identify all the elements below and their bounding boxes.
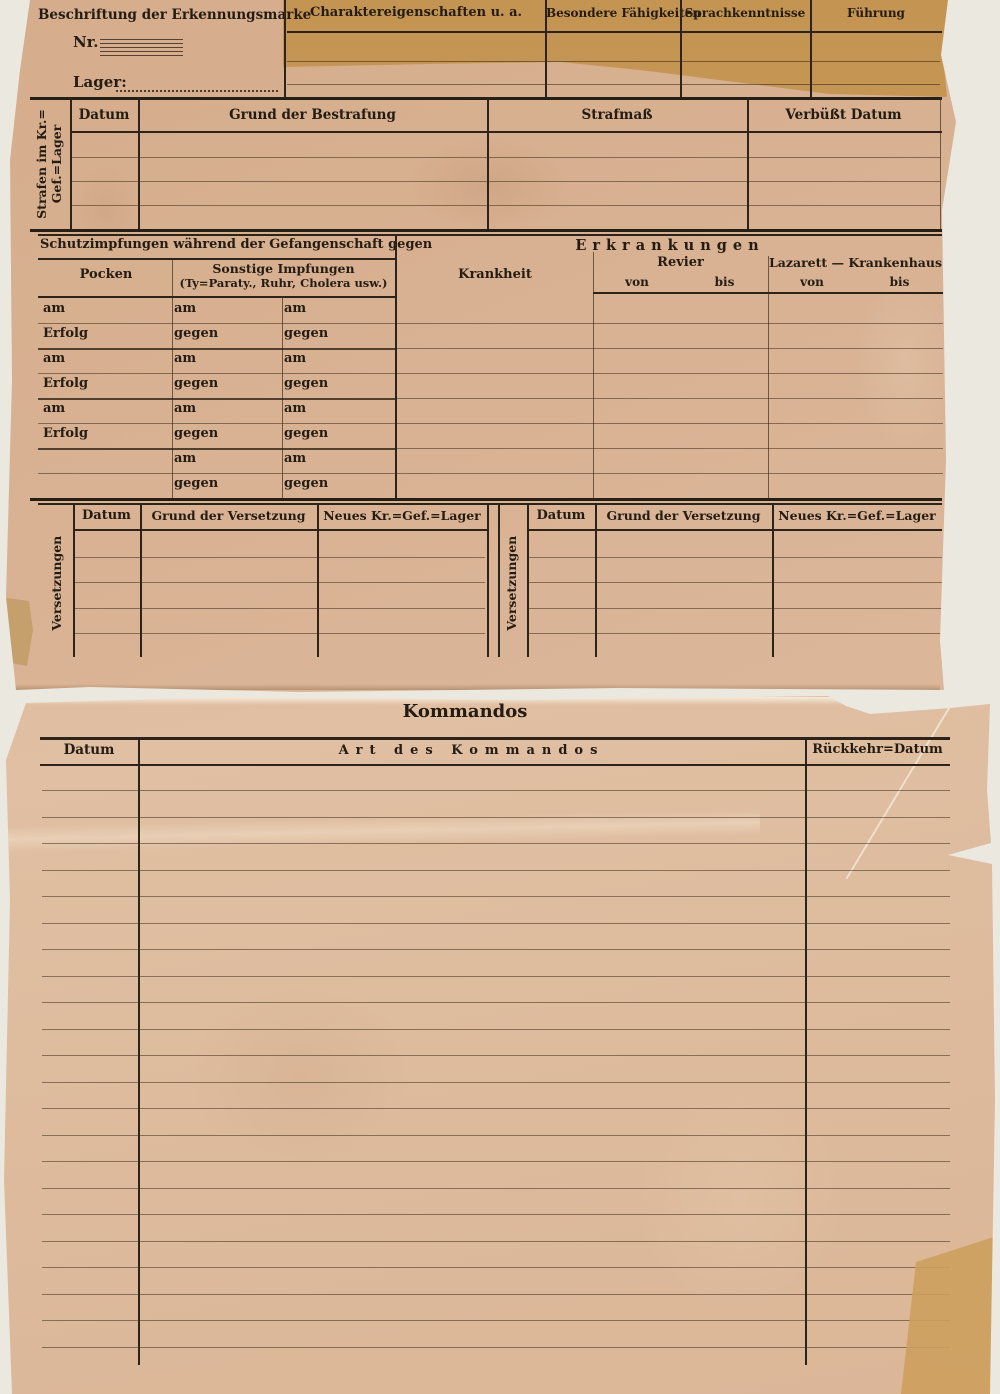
col-art-des-kommandos: Art des Kommandos [138, 744, 805, 759]
vaccination-field-label: am [174, 451, 196, 466]
punishments-side-label-line1: Strafen im Kr.= [34, 109, 49, 219]
transfers-left-blank-rows [75, 531, 485, 655]
col-datum: Datum [73, 509, 140, 524]
col-lazarett-von: von [768, 276, 856, 290]
divider [40, 737, 950, 740]
illnesses-title: Erkrankungen [397, 238, 943, 255]
col-sonstige-impfungen-detail: (Ty=Paraty., Ruhr, Cholera usw.) [172, 277, 395, 290]
vaccination-field-label: Erfolg [43, 326, 88, 341]
ruled-line [529, 608, 942, 609]
col-krankheit: Krankheit [397, 268, 593, 283]
ruled-line [38, 448, 395, 450]
vaccinations-rows: amamamErfolggegengegenamamamErfolggegeng… [38, 298, 395, 498]
vaccination-field-label: am [284, 351, 306, 366]
kommandos-ruled-lines [42, 764, 950, 1364]
vaccination-field-label: gegen [284, 326, 328, 341]
ruled-line [287, 84, 940, 85]
ruled-line [397, 398, 943, 399]
ruled-line [38, 348, 395, 350]
ruled-line [75, 557, 485, 558]
col-revier: Revier [593, 256, 768, 271]
transfers-left-side-label: Versetzungen [50, 523, 64, 643]
ruled-line [42, 1241, 950, 1242]
ruled-line [529, 557, 942, 558]
id-number-label: Nr. [73, 34, 98, 51]
col-sprachkenntnisse: Sprachkenntnisse [681, 7, 809, 21]
ruled-line [42, 817, 950, 818]
col-sonstige-impfungen: Sonstige Impfungen [172, 262, 395, 276]
ruled-line [42, 1294, 950, 1295]
ruled-line [75, 608, 485, 609]
ruled-line [42, 870, 950, 871]
ruled-line [42, 949, 950, 950]
ruled-line [529, 582, 942, 583]
ruled-line [42, 1029, 950, 1030]
divider [38, 503, 942, 505]
col-grund-der-versetzung: Grund der Versetzung [595, 509, 772, 523]
illnesses-blank-rows [397, 298, 943, 498]
vaccination-field-label: am [43, 351, 65, 366]
col-datum: Datum [40, 743, 138, 759]
ruled-line [42, 1055, 950, 1056]
divider [680, 0, 682, 97]
id-block-title: Beschriftung der Erkennungsmarke [38, 8, 283, 24]
ruled-line [75, 633, 485, 634]
ruled-line [42, 1188, 950, 1189]
vaccination-field-label: am [43, 301, 65, 316]
ruled-line [397, 423, 943, 424]
ruled-line [75, 582, 485, 583]
col-besondere-faehigkeiten: Besondere Fähigkeiten [546, 7, 679, 21]
vaccination-field-label: gegen [174, 326, 218, 341]
col-strafmass: Strafmaß [487, 108, 747, 124]
col-neues-lager: Neues Kr.=Gef.=Lager [772, 509, 942, 523]
ruled-line [397, 448, 943, 449]
vaccination-field-label: am [174, 301, 196, 316]
ruled-line [42, 790, 950, 791]
col-lazarett-krankenhaus: Lazarett — Krankenhaus [768, 256, 943, 270]
col-revier-bis: bis [681, 276, 768, 290]
vaccination-field-label: am [174, 351, 196, 366]
ruled-line [72, 181, 940, 182]
camp-dotted-field [116, 74, 278, 92]
col-neues-lager: Neues Kr.=Gef.=Lager [317, 509, 487, 523]
ruled-line [42, 1267, 950, 1268]
col-revier-von: von [593, 276, 681, 290]
ruled-line [287, 61, 940, 62]
punishments-side-label-line2: Gef.=Lager [49, 125, 64, 204]
transfers-right-side-label: Versetzungen [505, 523, 519, 643]
punishments-blank-rows [72, 133, 940, 229]
vaccination-field-label: gegen [284, 476, 328, 491]
vaccination-field-label: am [43, 401, 65, 416]
ruled-line [38, 323, 395, 324]
divider [284, 0, 286, 97]
vaccination-field-label: Erfolg [43, 376, 88, 391]
ruled-line [38, 423, 395, 424]
ruled-line [42, 1108, 950, 1109]
vaccination-field-label: gegen [284, 376, 328, 391]
vaccination-field-label: am [284, 451, 306, 466]
scanned-document-page: Beschriftung der Erkennungsmarke Nr. Lag… [0, 0, 1000, 1394]
vaccination-field-label: gegen [174, 376, 218, 391]
divider [38, 234, 942, 236]
ruled-line [529, 633, 942, 634]
ruled-line [397, 323, 943, 324]
ruled-line [42, 1161, 950, 1162]
col-lazarett-bis: bis [856, 276, 943, 290]
divider [38, 258, 395, 260]
divider [487, 503, 489, 657]
id-number-ruled-field [100, 39, 183, 58]
vaccination-field-label: gegen [284, 426, 328, 441]
vaccination-field-label: am [284, 301, 306, 316]
torn-edge-shadow [10, 684, 940, 690]
vaccination-field-label: am [174, 401, 196, 416]
ruled-line [42, 1135, 950, 1136]
col-charaktereigenschaften: Charaktereigenschaften u. a. [287, 6, 545, 21]
ruled-line [397, 373, 943, 374]
vaccination-field-label: gegen [174, 476, 218, 491]
transfers-right-blank-rows [529, 531, 942, 655]
ruled-line [42, 896, 950, 897]
divider [940, 97, 941, 229]
ruled-line [42, 1082, 950, 1083]
ruled-line [38, 373, 395, 374]
divider [287, 31, 942, 33]
col-verbuesst-datum: Verbüßt Datum [747, 108, 940, 124]
vaccination-field-label: am [284, 401, 306, 416]
ruled-line [42, 1347, 950, 1348]
ruled-line [72, 157, 940, 158]
ruled-line [42, 843, 950, 844]
vaccination-field-label: gegen [174, 426, 218, 441]
divider [545, 0, 547, 97]
punishments-side-label: Strafen im Kr.= Gef.=Lager [34, 100, 70, 228]
ruled-line [38, 398, 395, 400]
divider [30, 229, 942, 232]
col-datum: Datum [527, 509, 595, 524]
ruled-line [72, 205, 940, 206]
kommandos-title: Kommandos [315, 702, 615, 723]
ruled-line [397, 473, 943, 474]
col-grund-der-versetzung: Grund der Versetzung [140, 509, 317, 523]
ruled-line [38, 473, 395, 474]
ruled-line [42, 976, 950, 977]
divider [498, 503, 500, 657]
ruled-line [397, 348, 943, 349]
ruled-line [42, 1002, 950, 1003]
divider [810, 0, 812, 97]
vaccination-field-label: Erfolg [43, 426, 88, 441]
col-fuehrung: Führung [811, 7, 941, 21]
divider [30, 498, 942, 501]
vaccinations-title: Schutzimpfungen während der Gefangenscha… [40, 238, 395, 253]
col-grund-der-bestrafung: Grund der Bestrafung [138, 108, 487, 124]
col-rueckkehr-datum: Rückkehr=Datum [805, 743, 950, 758]
col-datum: Datum [70, 108, 138, 124]
ruled-line [42, 923, 950, 924]
ruled-line [42, 1320, 950, 1321]
divider [30, 97, 942, 100]
col-pocken: Pocken [40, 268, 172, 283]
ruled-line [42, 1214, 950, 1215]
